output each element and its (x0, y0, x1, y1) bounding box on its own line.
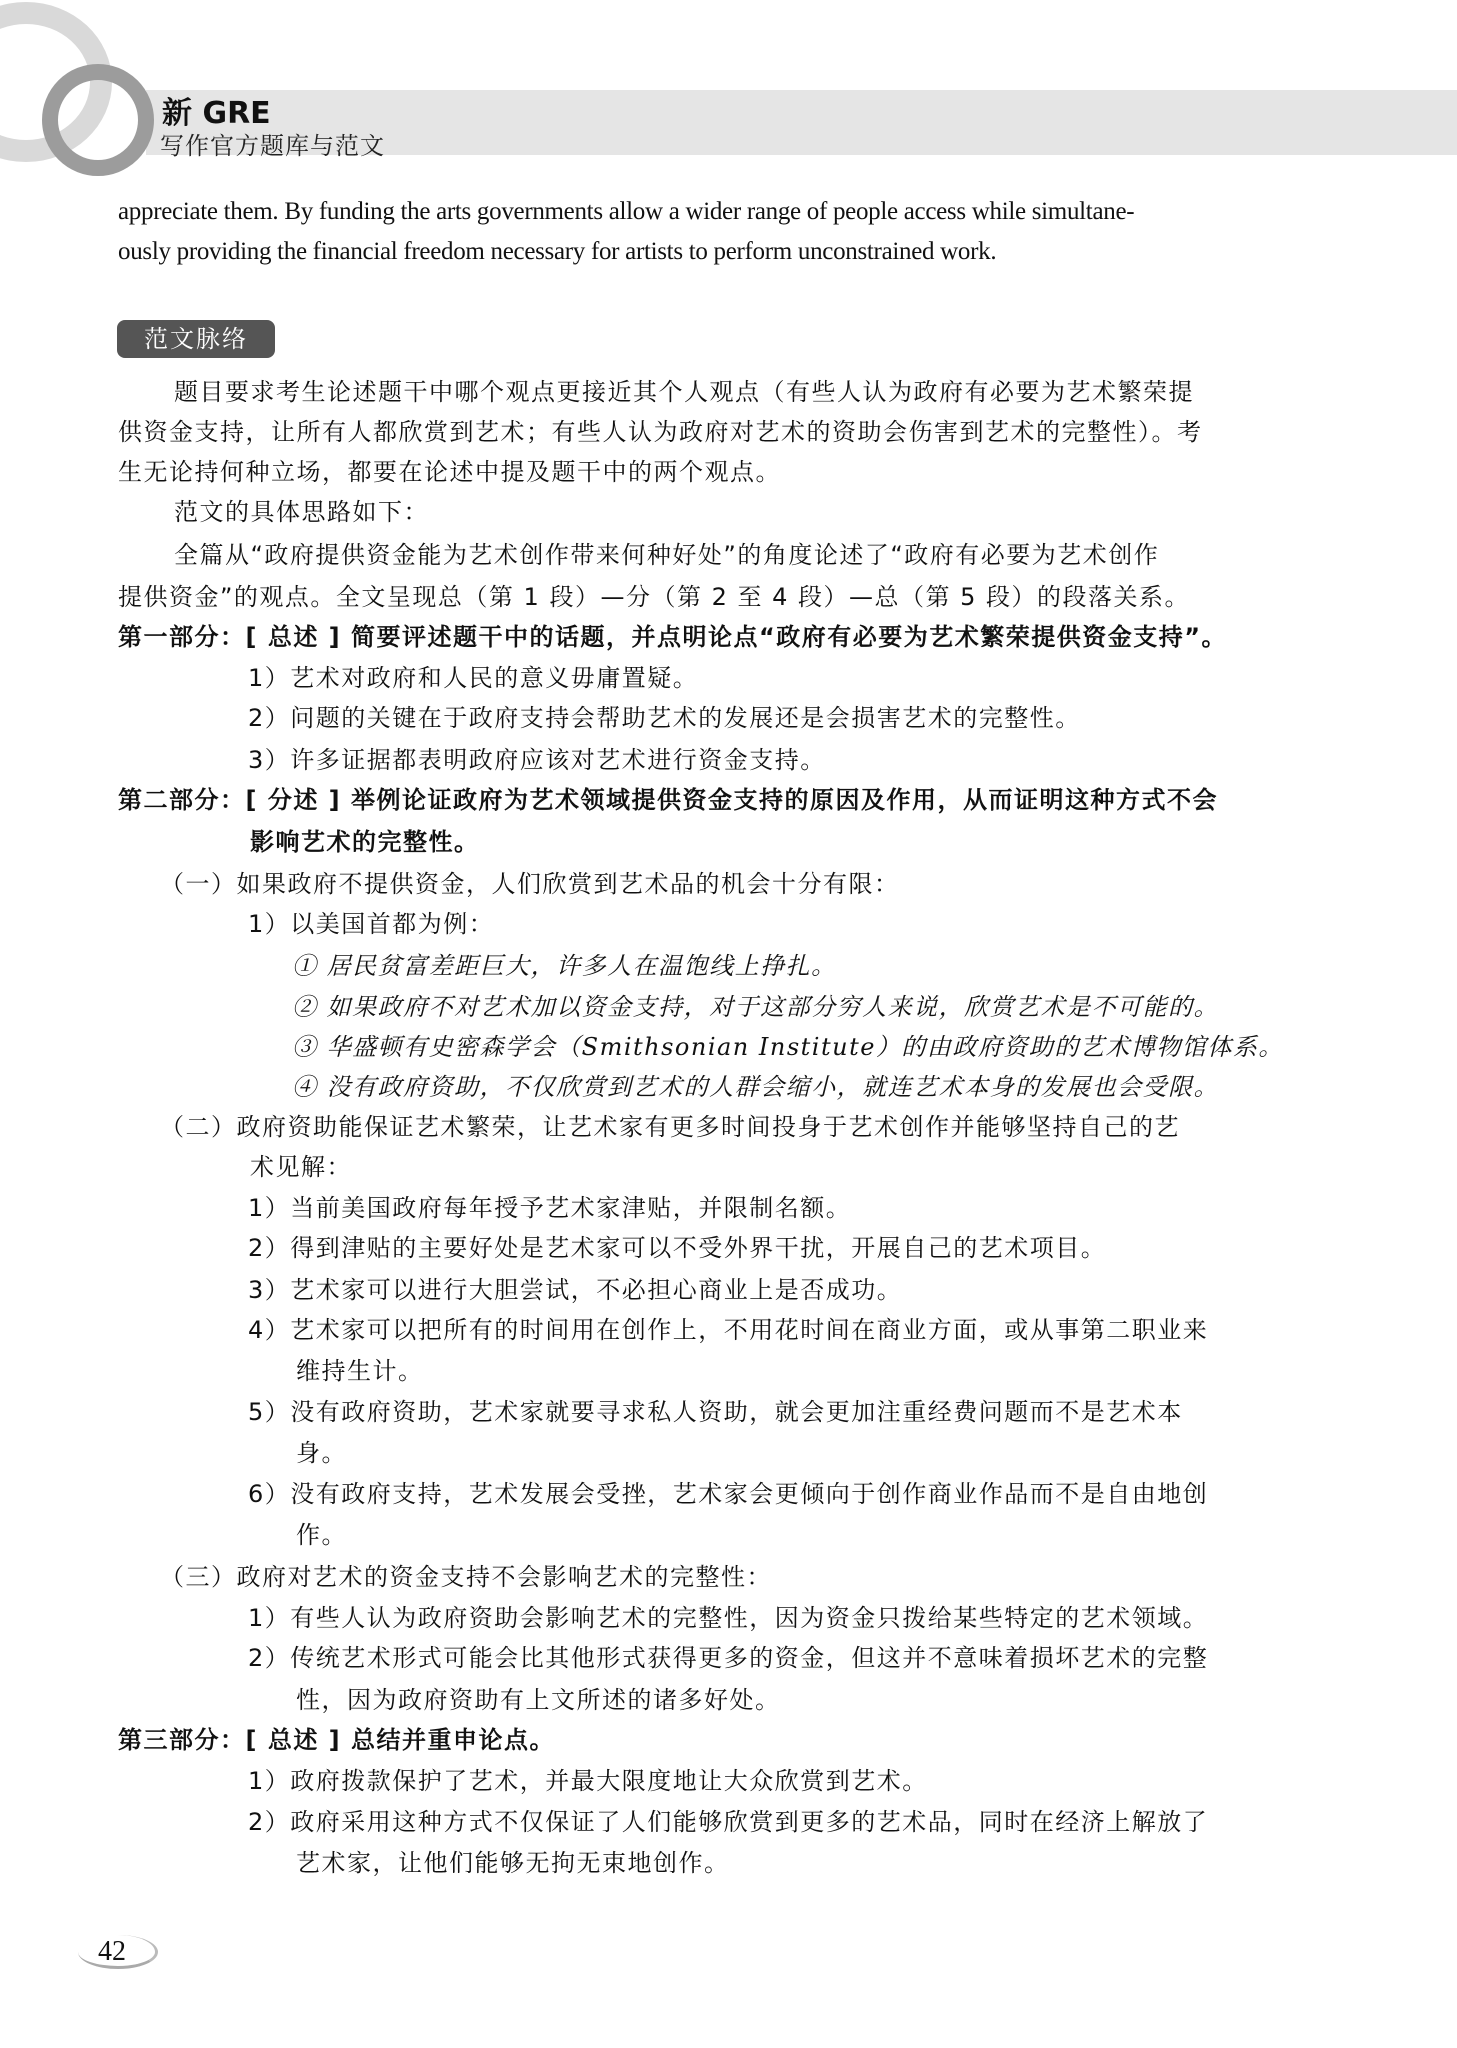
part2-heading-line-2: 影响艺术的完整性。 (250, 826, 480, 858)
part2-sub2-item-6: 6）没有政府支持，艺术发展会受挫，艺术家会更倾向于创作商业作品而不是自由地创 (248, 1478, 1208, 1510)
overview-line-3: 生无论持何种立场，都要在论述中提及题干中的两个观点。 (118, 456, 781, 488)
part2-heading-line-1: 第二部分：[ 分述 ] 举例论证政府为艺术领域提供资金支持的原因及作用，从而证明… (118, 784, 1218, 816)
part2-sub1-item-1: 1）以美国首都为例： (248, 908, 494, 940)
part2-sub2-item-2: 2）得到津贴的主要好处是艺术家可以不受外界干扰，开展自己的艺术项目。 (248, 1232, 1106, 1264)
part1-heading: 第一部分：[ 总述 ] 简要评述题干中的话题，并点明论点“政府有必要为艺术繁荣提… (118, 621, 1227, 653)
part2-sub2-item-4-cont: 维持生计。 (296, 1355, 424, 1387)
part2-sub2-item-6-cont: 作。 (296, 1519, 347, 1551)
part2-sub3-title: （三）政府对艺术的资金支持不会影响艺术的完整性： (160, 1561, 772, 1593)
part2-sub2-item-5: 5）没有政府资助，艺术家就要寻求私人资助，就会更加注重经费问题而不是艺术本 (248, 1396, 1183, 1428)
logo-ring-dark-icon (42, 64, 154, 176)
part2-sub2-title-line-1: （二）政府资助能保证艺术繁荣，让艺术家有更多时间投身于艺术创作并能够坚持自己的艺 (160, 1111, 1180, 1143)
part2-sub3-item-1: 1）有些人认为政府资助会影响艺术的完整性，因为资金只拨给某些特定的艺术领域。 (248, 1602, 1208, 1634)
overview-line-6: 提供资金”的观点。全文呈现总（第 1 段）—分（第 2 至 4 段）—总（第 5… (118, 581, 1190, 613)
overview-line-4: 范文的具体思路如下： (174, 496, 429, 528)
part2-sub2-item-5-cont: 身。 (296, 1437, 347, 1469)
part3-heading: 第三部分：[ 总述 ] 总结并重申论点。 (118, 1724, 555, 1756)
intro-line-2: ously providing the financial freedom ne… (118, 236, 996, 268)
overview-line-1: 题目要求考生论述题干中哪个观点更接近其个人观点（有些人认为政府有必要为艺术繁荣提 (174, 376, 1194, 408)
part2-sub2-item-1: 1）当前美国政府每年授予艺术家津贴，并限制名额。 (248, 1192, 851, 1224)
overview-line-5: 全篇从“政府提供资金能为艺术创作带来何种好处”的角度论述了“政府有必要为艺术创作 (174, 539, 1159, 571)
part2-sub1-circled-3: ③ 华盛顿有史密森学会（Smithsonian Institute）的由政府资助… (292, 1031, 1284, 1063)
part1-item-3: 3）许多证据都表明政府应该对艺术进行资金支持。 (248, 744, 826, 776)
part2-sub2-item-3: 3）艺术家可以进行大胆尝试，不必担心商业上是否成功。 (248, 1274, 902, 1306)
part3-item-2-cont: 艺术家，让他们能够无拘无束地创作。 (296, 1847, 730, 1879)
page-number: 42 (98, 1936, 126, 1968)
part2-sub2-title-line-2: 术见解： (250, 1151, 352, 1183)
part2-sub1-circled-2: ② 如果政府不对艺术加以资金支持，对于这部分穷人来说，欣赏艺术是不可能的。 (292, 991, 1219, 1023)
part1-item-2: 2）问题的关键在于政府支持会帮助艺术的发展还是会损害艺术的完整性。 (248, 702, 1081, 734)
intro-line-1: appreciate them. By funding the arts gov… (118, 196, 1134, 228)
part1-item-1: 1）艺术对政府和人民的意义毋庸置疑。 (248, 662, 698, 694)
part2-sub1-title: （一）如果政府不提供资金，人们欣赏到艺术品的机会十分有限： (160, 868, 900, 900)
part2-sub1-circled-4: ④ 没有政府资助，不仅欣赏到艺术的人群会缩小，就连艺术本身的发展也会受限。 (292, 1071, 1219, 1103)
part3-item-1: 1）政府拨款保护了艺术，并最大限度地让大众欣赏到艺术。 (248, 1765, 928, 1797)
book-subtitle: 写作官方题库与范文 (160, 126, 385, 161)
part2-sub3-item-2-cont: 性，因为政府资助有上文所述的诸多好处。 (296, 1684, 781, 1716)
part2-sub3-item-2: 2）传统艺术形式可能会比其他形式获得更多的资金，但这并不意味着损坏艺术的完整 (248, 1642, 1208, 1674)
part2-sub2-item-4: 4）艺术家可以把所有的时间用在创作上，不用花时间在商业方面，或从事第二职业来 (248, 1314, 1208, 1346)
part3-item-2: 2）政府采用这种方式不仅保证了人们能够欣赏到更多的艺术品，同时在经济上解放了 (248, 1806, 1208, 1838)
section-badge: 范文脉络 (117, 320, 275, 358)
overview-line-2: 供资金支持，让所有人都欣赏到艺术；有些人认为政府对艺术的资助会伤害到艺术的完整性… (118, 416, 1203, 448)
part2-sub1-circled-1: ① 居民贫富差距巨大，许多人在温饱线上挣扎。 (292, 950, 837, 982)
